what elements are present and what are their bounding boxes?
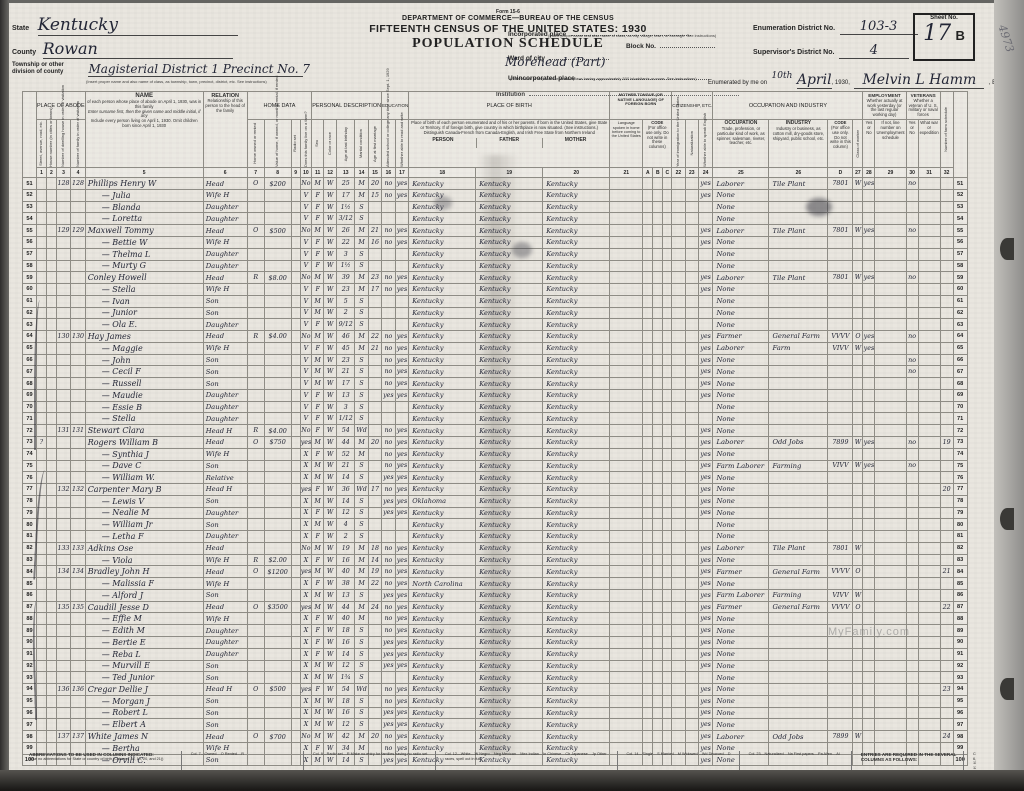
cell-in	[769, 684, 828, 696]
cell-or	[247, 613, 264, 625]
cell-bp: Kentucky	[409, 354, 476, 366]
cell-nm: — Blanda	[85, 201, 203, 213]
cell-sc: yes	[382, 589, 396, 601]
cell-dw	[56, 460, 70, 472]
column-number: 20	[543, 168, 610, 178]
census-row: 60— StellaWife HVFW23M17noyesKentuckyKen…	[23, 284, 968, 296]
sheet-letter: B	[956, 28, 965, 43]
cell-bm: Kentucky	[543, 625, 610, 637]
cell-cB	[653, 484, 663, 496]
cell-line-number: 80	[953, 519, 967, 531]
cell-ra: W	[324, 413, 337, 425]
cell-cl	[853, 413, 863, 425]
cell-bm: Kentucky	[543, 660, 610, 672]
cell-or	[247, 354, 264, 366]
cell-rd	[395, 531, 409, 543]
cell-sx: M	[312, 460, 324, 472]
cell-nm: — Edith M	[85, 625, 203, 637]
cell-rl: Wife H	[203, 189, 247, 201]
cell-fs	[940, 225, 953, 237]
col-class-of-worker: Class of worker	[853, 120, 863, 168]
cell-hn	[46, 225, 56, 237]
cell-dw	[56, 578, 70, 590]
cell-rad	[291, 389, 300, 401]
cell-rl: Daughter	[203, 648, 247, 660]
cell-rl: Daughter	[203, 531, 247, 543]
cell-cB	[653, 684, 663, 696]
cell-sx: M	[312, 307, 324, 319]
cell-war	[918, 460, 940, 472]
cell-rl: Wife H	[203, 554, 247, 566]
cell-am: 23	[368, 272, 381, 284]
cell-en: yes	[698, 472, 713, 484]
cell-rad	[291, 448, 300, 460]
cell-fa: X	[300, 589, 312, 601]
census-row: 65— MaggieWife HVFW45M21noyesKentuckyKen…	[23, 342, 968, 354]
cell-war	[918, 625, 940, 637]
cell-bf: Kentucky	[476, 684, 543, 696]
cell-oc: Laborer	[713, 342, 769, 354]
cell-line-number: 56	[953, 236, 967, 248]
cell-fm	[71, 637, 85, 649]
cell-cl	[853, 284, 863, 296]
cell-vt	[906, 554, 918, 566]
cell-nm: — William W.	[85, 472, 203, 484]
cell-in: Odd Jobs	[769, 731, 828, 743]
cell-cC	[663, 495, 672, 507]
cell-fa: yes	[300, 484, 312, 496]
cell-rad	[291, 731, 300, 743]
cell-war	[918, 695, 940, 707]
cell-ue	[875, 436, 906, 448]
cell-wk	[863, 519, 875, 531]
cell-cA	[643, 719, 653, 731]
cell-am	[368, 213, 381, 225]
cell-line-number: 83	[953, 554, 967, 566]
cell-sx: F	[312, 213, 324, 225]
cell-dw: 131	[56, 425, 70, 437]
group-place-of-birth: PLACE OF BIRTH	[409, 92, 610, 120]
cell-ra: W	[324, 307, 337, 319]
cell-fm	[71, 401, 85, 413]
cell-ms: S	[355, 378, 369, 390]
cell-fm	[71, 319, 85, 331]
cell-ag: 39	[337, 272, 355, 284]
cell-ra: W	[324, 401, 337, 413]
cell-cl	[853, 389, 863, 401]
cell-sx: M	[312, 660, 324, 672]
cell-fm	[71, 354, 85, 366]
cell-ms: S	[355, 460, 369, 472]
cell-sx: F	[312, 554, 324, 566]
cell-nat	[685, 707, 698, 719]
cell-fa: No	[300, 731, 312, 743]
cell-rd: yes	[395, 178, 409, 190]
col-sex: Sex	[312, 120, 324, 168]
cell-am	[368, 354, 381, 366]
cell-bf: Kentucky	[476, 413, 543, 425]
census-row: 92— Murvill ESonXMW12SyesyesKentuckyKent…	[23, 660, 968, 672]
cell-fm	[71, 495, 85, 507]
cell-line-number: 63	[953, 319, 967, 331]
cell-ms: S	[355, 319, 369, 331]
cell-ag: 16	[337, 707, 355, 719]
cell-fs	[940, 425, 953, 437]
cell-cl	[853, 495, 863, 507]
cell-rd: yes	[395, 484, 409, 496]
cell-cC	[663, 684, 672, 696]
cell-ag: 40	[337, 566, 355, 578]
cell-in	[769, 648, 828, 660]
cell-oc: None	[713, 248, 769, 260]
cell-cB	[653, 366, 663, 378]
cell-or	[247, 189, 264, 201]
cell-bf: Kentucky	[476, 672, 543, 684]
cell-nat	[685, 401, 698, 413]
cell-vl	[264, 589, 291, 601]
cell-cA	[643, 601, 653, 613]
cell-sx: F	[312, 625, 324, 637]
cell-bf: Kentucky	[476, 225, 543, 237]
census-row: 79— Nealie MDaughterXFW12SyesyesKentucky…	[23, 507, 968, 519]
cell-ms: S	[355, 660, 369, 672]
cell-rd: yes	[395, 495, 409, 507]
column-number: 2	[46, 168, 56, 178]
cell-wk: yes	[863, 436, 875, 448]
cell-ra: W	[324, 684, 337, 696]
cell-nm: — Cecil F	[85, 366, 203, 378]
cell-cC	[663, 342, 672, 354]
cell-ra: W	[324, 695, 337, 707]
cell-or	[247, 578, 264, 590]
cell-war	[918, 531, 940, 543]
cell-nat	[685, 531, 698, 543]
cell-yr	[672, 236, 685, 248]
census-table-wrap: PLACE OF ABODENAMEof each person whose p…	[22, 91, 968, 766]
cell-rad	[291, 472, 300, 484]
cell-rl: Son	[203, 460, 247, 472]
cell-lang	[610, 331, 643, 343]
scan-edge-bottom	[0, 770, 1024, 791]
cell-bm: Kentucky	[543, 672, 610, 684]
cell-cC	[663, 519, 672, 531]
column-number: 13	[337, 168, 355, 178]
cell-bp: Kentucky	[409, 566, 476, 578]
cell-rad	[291, 484, 300, 496]
cell-line-number: 85	[953, 578, 967, 590]
cell-fm	[71, 719, 85, 731]
cell-bf: Kentucky	[476, 342, 543, 354]
col-war: What war or expedition	[918, 120, 940, 168]
cell-ue	[875, 542, 906, 554]
cell-cC	[663, 354, 672, 366]
cell-hn	[46, 284, 56, 296]
cell-dw	[56, 613, 70, 625]
cell-dw	[56, 366, 70, 378]
cell-cd	[828, 519, 853, 531]
cell-bp: Kentucky	[409, 331, 476, 343]
cell-wk	[863, 260, 875, 272]
cell-rl: Son	[203, 307, 247, 319]
cell-vl: $700	[264, 731, 291, 743]
cell-wk	[863, 366, 875, 378]
cell-fa: V	[300, 201, 312, 213]
cell-bm: Kentucky	[543, 448, 610, 460]
cell-sx: M	[312, 378, 324, 390]
cell-hn	[46, 601, 56, 613]
cell-rad	[291, 554, 300, 566]
cell-ag: 45	[337, 342, 355, 354]
cell-fs: 20	[940, 484, 953, 496]
cell-rd: yes	[395, 284, 409, 296]
cell-rad	[291, 719, 300, 731]
cell-in	[769, 413, 828, 425]
cell-bm: Kentucky	[543, 554, 610, 566]
cell-or: R	[247, 331, 264, 343]
cell-rd: yes	[395, 460, 409, 472]
cell-rd	[395, 401, 409, 413]
cell-line-number: 71	[953, 413, 967, 425]
cell-line-number: 86	[23, 589, 37, 601]
cell-ra: W	[324, 625, 337, 637]
cell-in	[769, 260, 828, 272]
cell-rl: Head H	[203, 425, 247, 437]
cell-ag: 18	[337, 695, 355, 707]
cell-vl	[264, 448, 291, 460]
cell-dw	[56, 354, 70, 366]
cell-hn	[46, 189, 56, 201]
group-mother-tongue: MOTHER TONGUE (OR NATIVE LANGUAGE) OF FO…	[610, 92, 672, 120]
cell-nat	[685, 578, 698, 590]
cell-rl: Head H	[203, 484, 247, 496]
cell-yr	[672, 495, 685, 507]
cell-fm	[71, 578, 85, 590]
cell-line-number: 91	[953, 648, 967, 660]
cell-oc: None	[713, 389, 769, 401]
cell-dw	[56, 236, 70, 248]
cell-ra: W	[324, 436, 337, 448]
cell-vt	[906, 495, 918, 507]
cell-yr	[672, 436, 685, 448]
cell-oc: None	[713, 307, 769, 319]
cell-bf: Kentucky	[476, 660, 543, 672]
cell-yr	[672, 472, 685, 484]
cell-or	[247, 319, 264, 331]
cell-bm: Kentucky	[543, 601, 610, 613]
cell-en: yes	[698, 331, 713, 343]
sheet-number: 17	[923, 21, 951, 46]
cell-yr	[672, 578, 685, 590]
cell-sx: M	[312, 295, 324, 307]
cell-rad	[291, 672, 300, 684]
cell-line-number: 96	[953, 707, 967, 719]
cell-line-number: 98	[953, 731, 967, 743]
cell-lang	[610, 413, 643, 425]
census-row: 96— Robert LSonXMW16SyesyesKentuckyKentu…	[23, 707, 968, 719]
cell-rd: yes	[395, 472, 409, 484]
cell-vl	[264, 260, 291, 272]
cell-ms: M	[355, 542, 369, 554]
cell-sx: M	[312, 719, 324, 731]
cell-vt	[906, 695, 918, 707]
census-row: 87135135Caudill Jesse DHeadO$3500yesMW44…	[23, 601, 968, 613]
col-place-of-birth-desc: Place of birth of each person enumerated…	[409, 120, 610, 168]
cell-bf: Kentucky	[476, 460, 543, 472]
cell-ra: W	[324, 272, 337, 284]
cell-dw	[56, 554, 70, 566]
column-number: 16	[382, 168, 396, 178]
cell-fm	[71, 625, 85, 637]
cell-ag: 17	[337, 189, 355, 201]
cell-fa: V	[300, 284, 312, 296]
cell-or	[247, 413, 264, 425]
cell-cB	[653, 495, 663, 507]
cell-vt: no	[906, 225, 918, 237]
cell-in	[769, 519, 828, 531]
cell-ms: S	[355, 531, 369, 543]
cell-rd: yes	[395, 684, 409, 696]
cell-rl: Son	[203, 660, 247, 672]
cell-fa: V	[300, 248, 312, 260]
cell-ra: W	[324, 319, 337, 331]
cell-bp: Kentucky	[409, 554, 476, 566]
cell-rl: Wife H	[203, 448, 247, 460]
cell-fs	[940, 284, 953, 296]
cell-vt: no	[906, 331, 918, 343]
cell-bf: Kentucky	[476, 707, 543, 719]
cell-cA	[643, 260, 653, 272]
cell-nm: — Nealie M	[85, 507, 203, 519]
cell-nat	[685, 225, 698, 237]
cell-st	[37, 578, 47, 590]
cell-dw: 135	[56, 601, 70, 613]
cell-ue	[875, 731, 906, 743]
cell-rad	[291, 507, 300, 519]
cell-line-number: 78	[23, 495, 37, 507]
cell-cA	[643, 648, 653, 660]
cell-ag: 52	[337, 448, 355, 460]
cell-sc	[382, 295, 396, 307]
column-number: 1	[37, 168, 47, 178]
group-relation: RELATIONRelationship of this person to t…	[203, 92, 247, 168]
cell-line-number: 68	[953, 378, 967, 390]
column-number: 15	[368, 168, 381, 178]
cell-ag: 18	[337, 625, 355, 637]
cell-war	[918, 731, 940, 743]
cell-ms: S	[355, 366, 369, 378]
cell-rad	[291, 519, 300, 531]
cell-vl	[264, 284, 291, 296]
cell-war	[918, 637, 940, 649]
cell-fm: 136	[71, 684, 85, 696]
cell-vl	[264, 307, 291, 319]
census-row: 66— JohnSonVMW23SnoyesKentuckyKentuckyKe…	[23, 354, 968, 366]
cell-cC	[663, 389, 672, 401]
cell-ue	[875, 425, 906, 437]
cell-bp: Kentucky	[409, 260, 476, 272]
cell-cd	[828, 531, 853, 543]
cell-cC	[663, 448, 672, 460]
cell-nm: — Reba L	[85, 648, 203, 660]
cell-ms: S	[355, 248, 369, 260]
cell-line-number: 61	[953, 295, 967, 307]
cell-fs	[940, 542, 953, 554]
cell-rl: Head	[203, 566, 247, 578]
cell-rd: yes	[395, 566, 409, 578]
cell-ms: S	[355, 495, 369, 507]
cell-am	[368, 307, 381, 319]
cell-cA	[643, 389, 653, 401]
census-row: 72131131Stewart ClaraHead HR$4.00NoFW54W…	[23, 425, 968, 437]
cell-dw	[56, 213, 70, 225]
cell-sx: M	[312, 601, 324, 613]
cell-bm: Kentucky	[543, 401, 610, 413]
cell-rl: Wife H	[203, 284, 247, 296]
cell-ag: 46	[337, 331, 355, 343]
cell-war	[918, 178, 940, 190]
cell-line-number: 97	[953, 719, 967, 731]
cell-ra: W	[324, 342, 337, 354]
cell-ue	[875, 307, 906, 319]
cell-bp: Kentucky	[409, 601, 476, 613]
cell-cC	[663, 542, 672, 554]
cell-cA	[643, 401, 653, 413]
cell-vl	[264, 378, 291, 390]
cell-nat	[685, 331, 698, 343]
cell-yr	[672, 507, 685, 519]
cell-fm	[71, 531, 85, 543]
cell-nm: — Ivan	[85, 295, 203, 307]
cell-fm: 130	[71, 331, 85, 343]
cell-cA	[643, 672, 653, 684]
cell-cC	[663, 731, 672, 743]
cell-bm: Kentucky	[543, 389, 610, 401]
cell-fs	[940, 613, 953, 625]
cell-lang	[610, 342, 643, 354]
cell-ra: W	[324, 236, 337, 248]
cell-rad	[291, 648, 300, 660]
cell-ra: W	[324, 284, 337, 296]
cell-bf: Kentucky	[476, 248, 543, 260]
cell-cl	[853, 484, 863, 496]
cell-nat	[685, 425, 698, 437]
cell-hn	[46, 295, 56, 307]
cell-nm: — Maggie	[85, 342, 203, 354]
cell-en: yes	[698, 189, 713, 201]
cell-cd: VIVV	[828, 460, 853, 472]
column-number: 14	[355, 168, 369, 178]
cell-in: General Farm	[769, 566, 828, 578]
cell-hn	[46, 507, 56, 519]
cell-fa: X	[300, 707, 312, 719]
census-row: 70— Essie BDaughterVFW3SKentuckyKentucky…	[23, 401, 968, 413]
cell-hn	[46, 354, 56, 366]
cell-ag: 21	[337, 460, 355, 472]
cell-nm: Conley Howell	[85, 272, 203, 284]
cell-ue	[875, 295, 906, 307]
cell-fs	[940, 637, 953, 649]
cell-war	[918, 284, 940, 296]
cell-bm: Kentucky	[543, 295, 610, 307]
cell-wk	[863, 354, 875, 366]
cell-sc: no	[382, 272, 396, 284]
cell-cC	[663, 625, 672, 637]
column-number: A	[643, 168, 653, 178]
cell-cd	[828, 213, 853, 225]
cell-rad	[291, 637, 300, 649]
cell-wk	[863, 578, 875, 590]
cell-vt	[906, 601, 918, 613]
